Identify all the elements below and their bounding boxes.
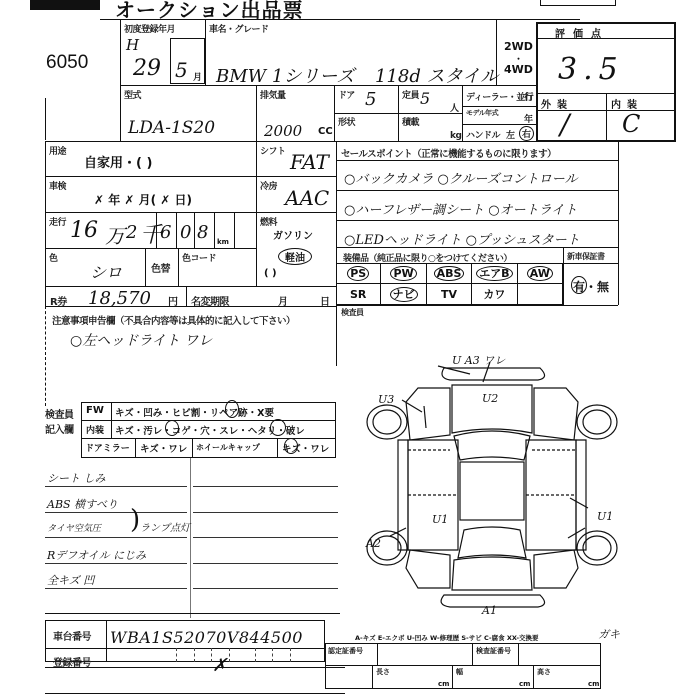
year-value: 29 <box>133 56 161 81</box>
frame-line <box>462 85 463 141</box>
frame-line <box>45 141 46 306</box>
frame-line <box>45 98 46 140</box>
frame-line <box>518 643 519 665</box>
inspector-note: タイヤ空気圧 <box>47 521 101 534</box>
cert-label-2: 検査証番号 <box>476 646 511 656</box>
equipment-item[interactable]: PS <box>336 263 381 284</box>
fuel-other: ( ) <box>264 268 277 279</box>
note-line <box>45 537 187 538</box>
mileage-sen: 2 <box>126 222 137 243</box>
equipment-item-label: カワ <box>483 288 505 301</box>
inspector-note: シート しみ <box>47 470 106 486</box>
month-value: 5 <box>175 58 188 82</box>
interior-circle-mark-2 <box>270 419 286 436</box>
frame-line <box>334 113 462 114</box>
wheel-label: ホイールキャップ <box>196 442 260 453</box>
inspector-entry-label-1: 検査員 <box>45 406 74 421</box>
frame-line <box>45 306 46 406</box>
fw-items: キズ・凹み・ヒビ割・リペア跡・X要 <box>115 405 274 419</box>
frame-line <box>256 141 257 286</box>
color-value: シロ <box>90 260 122 283</box>
capacity-value: 5 <box>420 89 430 108</box>
equipment-item-label: AW <box>527 266 553 281</box>
frame-line <box>618 141 619 305</box>
warranty-label: 新車保証書 <box>567 251 605 262</box>
frame-line <box>536 110 676 111</box>
displacement-value: 2000 <box>264 122 302 140</box>
frame-line <box>45 648 325 649</box>
note-line <box>193 563 338 564</box>
first-registration-label: 初度登録年月 <box>124 22 175 35</box>
notes-text: ○左ヘッドライト ワレ <box>70 330 212 350</box>
inspector-note: ABS 横すべり <box>47 496 118 512</box>
equipment-item[interactable]: SR <box>336 284 381 305</box>
mileage-unit: km <box>217 238 229 246</box>
vin-value: WBA1S52070V844500 <box>110 628 303 647</box>
bottom-right-table <box>325 643 601 689</box>
reg-digit-divider <box>255 648 256 662</box>
name-grade-label: 車名・グレード <box>209 22 269 35</box>
sales-point-line-2: ○ハーフレザー調シート ○オートライト <box>344 199 577 218</box>
color-label: 色 <box>49 251 58 264</box>
length-unit: cm <box>438 680 449 688</box>
shape-label: 形状 <box>338 115 355 128</box>
frame-line <box>45 613 340 614</box>
reg-digit-divider <box>290 648 291 662</box>
sales-point-line-1: ○バックカメラ ○クルーズコントロール <box>344 168 578 187</box>
interior-label: 内装 <box>611 96 643 111</box>
mirror-label: ドアミラー <box>85 441 130 454</box>
damage-mark: A2 <box>366 537 381 550</box>
frame-line <box>336 220 618 221</box>
lot-number: 6050 <box>46 52 88 74</box>
digit-divider <box>214 212 215 248</box>
frame-line <box>190 458 191 618</box>
equipment-item-label: SR <box>350 288 366 301</box>
inspection-label: 車検 <box>49 179 66 192</box>
sales-points-label: セールスポイント（正常に機能するものに限ります） <box>341 146 556 160</box>
inspection-value: ✗ 年 ✗ 月( ✗ 日) <box>94 191 192 208</box>
fw-circle-mark <box>225 400 239 418</box>
height-unit: cm <box>588 680 599 688</box>
frame-line <box>100 19 580 20</box>
damage-mark: U2 <box>482 392 498 405</box>
width-unit: cm <box>519 680 530 688</box>
car-diagram <box>340 340 660 620</box>
model-value: LDA-1S20 <box>128 118 215 138</box>
notes-label: 注意事項申告欄（不具合内容等は具体的に記入して下さい） <box>52 313 295 327</box>
handle-left[interactable]: 左 <box>506 128 515 141</box>
vin-label: 車台番号 <box>53 628 91 643</box>
frame-line <box>186 286 187 306</box>
weight-unit: kg <box>450 131 461 141</box>
frame-line <box>120 19 121 142</box>
frame-line <box>377 643 378 665</box>
equipment-item[interactable]: ナビ <box>381 284 426 305</box>
mileage-digit-2: 0 <box>180 222 191 243</box>
width-label: 幅 <box>456 667 463 677</box>
legend-extra: ガキ <box>598 626 620 642</box>
damage-mark: U1 <box>432 513 448 526</box>
weight-label: 積載 <box>402 115 419 128</box>
frame-line <box>106 620 107 662</box>
sales-point-line-3: ○LEDヘッドライト ○プッシュスタート <box>344 229 580 248</box>
handle-right[interactable]: 右 <box>519 126 534 141</box>
frame-line <box>336 306 337 366</box>
equipment-item[interactable] <box>518 284 563 305</box>
frame-line <box>606 93 607 141</box>
model-label: 型式 <box>124 88 141 101</box>
displacement-label: 排気量 <box>260 88 286 101</box>
length-label: 長さ <box>376 667 390 677</box>
frame-line <box>45 248 256 249</box>
digit-divider <box>156 212 157 248</box>
month-unit: 月 <box>193 70 202 83</box>
warranty-selected-circle <box>571 276 587 294</box>
frame-line <box>472 643 473 665</box>
handle-label: ハンドル <box>466 128 500 141</box>
bracket-mark: ) <box>130 505 140 535</box>
header-redacted-logo <box>30 0 100 10</box>
shift-label: シフト <box>260 144 286 157</box>
equipment-item[interactable]: AW <box>518 263 563 284</box>
mileage-sen-unit: 千 <box>140 218 162 249</box>
frame-line <box>45 212 336 213</box>
frame-line <box>336 247 618 248</box>
equipment-item[interactable]: PW <box>381 263 426 284</box>
mirror-items: キズ・ワレ <box>140 441 187 455</box>
frame-line <box>135 438 136 458</box>
note-line <box>45 486 187 487</box>
reg-digit-divider <box>229 648 230 662</box>
interior-grade: C <box>622 110 640 138</box>
frame-line <box>81 420 336 421</box>
capacity-label: 定員 <box>402 88 419 101</box>
color-code-label: 色コード <box>182 251 216 264</box>
frame-line <box>45 306 336 307</box>
inspector-entry-label-2: 記入欄 <box>45 421 74 436</box>
frame-line <box>336 190 618 191</box>
height-label: 高さ <box>537 667 551 677</box>
doors-label: ドア <box>338 88 355 101</box>
frame-line <box>452 665 453 689</box>
mileage-man: 16 <box>70 218 98 243</box>
equipment-item-label: エアB <box>476 266 512 281</box>
dealer-value: 行 <box>524 90 533 103</box>
frame-line <box>336 160 618 161</box>
equipment-item-label: TV <box>441 288 457 301</box>
cert-label: 認定証番号 <box>328 646 363 656</box>
note-line <box>193 512 338 513</box>
frame-line <box>111 402 112 438</box>
exterior-grade: / <box>560 108 569 141</box>
note-line <box>45 563 187 564</box>
inspector-note: 全キズ 凹 <box>47 572 94 588</box>
digit-divider <box>234 212 235 248</box>
frame-line <box>462 124 536 125</box>
model-year-label: モデル年式 <box>466 108 498 118</box>
frame-line <box>205 19 206 85</box>
note-line <box>45 512 187 513</box>
ac-value: AAC <box>285 186 329 210</box>
frame-line <box>120 85 536 86</box>
usage-label: 用途 <box>49 144 66 157</box>
equipment-item[interactable]: TV <box>427 284 472 305</box>
damage-mark: A1 <box>482 604 497 617</box>
equipment-item[interactable]: エアB <box>472 263 517 284</box>
equipment-item-label: PS <box>347 266 369 281</box>
digit-divider <box>176 212 177 248</box>
frame-line <box>563 247 564 305</box>
frame-line <box>45 693 345 694</box>
inspector-label: 検査員 <box>341 307 364 318</box>
digit-divider <box>194 212 195 248</box>
frame-line <box>45 176 336 177</box>
reg-digit-divider <box>194 648 195 662</box>
frame-line <box>81 438 336 439</box>
fuel-gasoline[interactable]: ガソリン <box>273 227 313 242</box>
frame-line <box>462 106 536 107</box>
drive-4wd[interactable]: 4WD <box>504 63 533 76</box>
inspector-note: Rデフオイル にじみ <box>47 547 146 563</box>
top-right-corner-box <box>540 0 616 6</box>
mileage-digit-3: 8 <box>197 222 208 243</box>
frame-line <box>533 665 534 689</box>
mileage-digit-1: 6 <box>160 222 171 243</box>
doors-value: 5 <box>365 89 376 110</box>
reg-digit-divider <box>272 648 273 662</box>
reg-value: ✗ <box>212 655 227 676</box>
equipment-item[interactable]: ABS <box>427 263 472 284</box>
frame-line <box>496 19 497 85</box>
interior-entry-label: 内装 <box>86 423 104 436</box>
note-line <box>193 588 338 589</box>
damage-mark: U1 <box>597 510 613 523</box>
frame-line <box>536 38 676 39</box>
equipment-item-label: ナビ <box>390 287 418 302</box>
grade-score: 3.5 <box>558 52 624 87</box>
frame-line <box>145 248 146 286</box>
damage-mark: U A3 ワレ <box>452 352 505 368</box>
frame-line <box>192 438 193 458</box>
wheel-circle-mark <box>284 438 298 454</box>
displacement-unit: CC <box>318 126 333 137</box>
frame-line <box>277 438 278 458</box>
mileage-man-unit: 万 <box>105 220 125 249</box>
equipment-item-label: PW <box>390 266 416 281</box>
damage-legend: A-キズ E-エクボ U-凹み W-修理歴 S-サビ C-腐食 XX-交換要 <box>355 633 539 642</box>
ac-label: 冷房 <box>260 179 277 192</box>
frame-line <box>372 665 373 689</box>
frame-line <box>256 85 257 141</box>
frame-line <box>336 305 618 306</box>
equipment-item-label: ABS <box>434 266 465 281</box>
inspector-notes-bracket: ランプ点灯 <box>140 519 190 534</box>
frame-line <box>178 248 179 286</box>
shift-value: FAT <box>290 150 329 174</box>
note-line <box>193 486 338 487</box>
equipment-item[interactable]: カワ <box>472 284 517 305</box>
note-line <box>45 588 187 589</box>
frame-line <box>325 665 601 666</box>
reg-digit-divider <box>176 648 177 662</box>
color-change-label: 色替 <box>151 260 170 275</box>
interior-circle-mark-1 <box>165 420 179 436</box>
note-line <box>193 537 338 538</box>
frame-line <box>45 286 336 287</box>
fuel-diesel[interactable]: 軽油 <box>278 248 312 265</box>
era-value: H <box>126 36 139 54</box>
damage-mark: U3 <box>378 393 394 406</box>
fw-label: FW <box>86 405 104 416</box>
usage-value: 自家用・( ) <box>84 152 152 171</box>
frame-line <box>45 667 345 668</box>
mileage-label: 走行 <box>49 215 66 228</box>
